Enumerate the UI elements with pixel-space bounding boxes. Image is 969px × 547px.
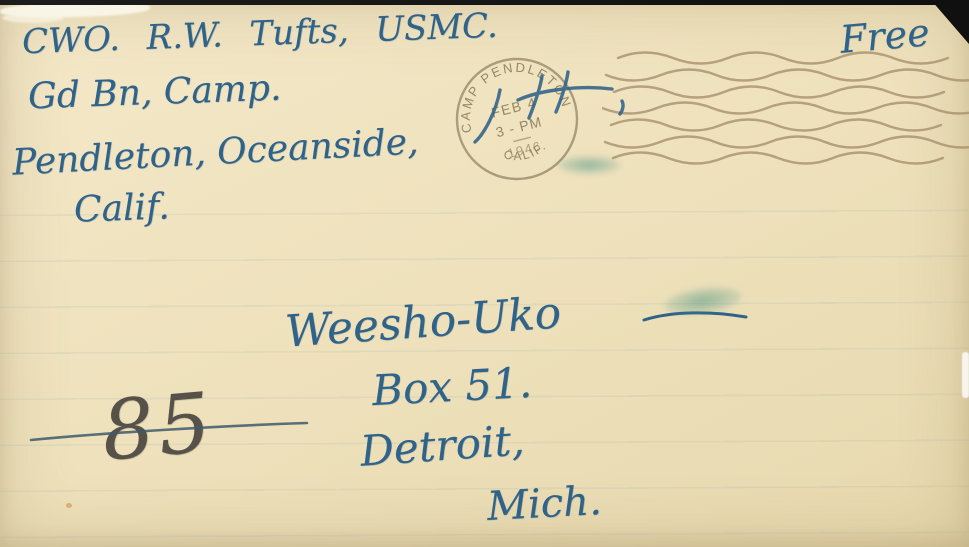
recipient-box-line: Box 51. bbox=[371, 358, 533, 415]
envelope-scan: CWO. R.W. Tufts, USMC. Gd Bn, Camp. Pend… bbox=[0, 0, 969, 547]
stray-ink-marks bbox=[468, 58, 648, 163]
scan-edge-artifact bbox=[962, 352, 969, 398]
recipient-state: Mich. bbox=[486, 478, 603, 530]
ink-smudge bbox=[558, 156, 620, 174]
cancellation-wavy-lines bbox=[602, 48, 969, 173]
paper-speck bbox=[66, 503, 72, 508]
scanner-background-strip bbox=[0, 0, 969, 5]
strikethrough-line bbox=[25, 412, 313, 450]
sender-address-line-4: Calif. bbox=[73, 186, 170, 230]
